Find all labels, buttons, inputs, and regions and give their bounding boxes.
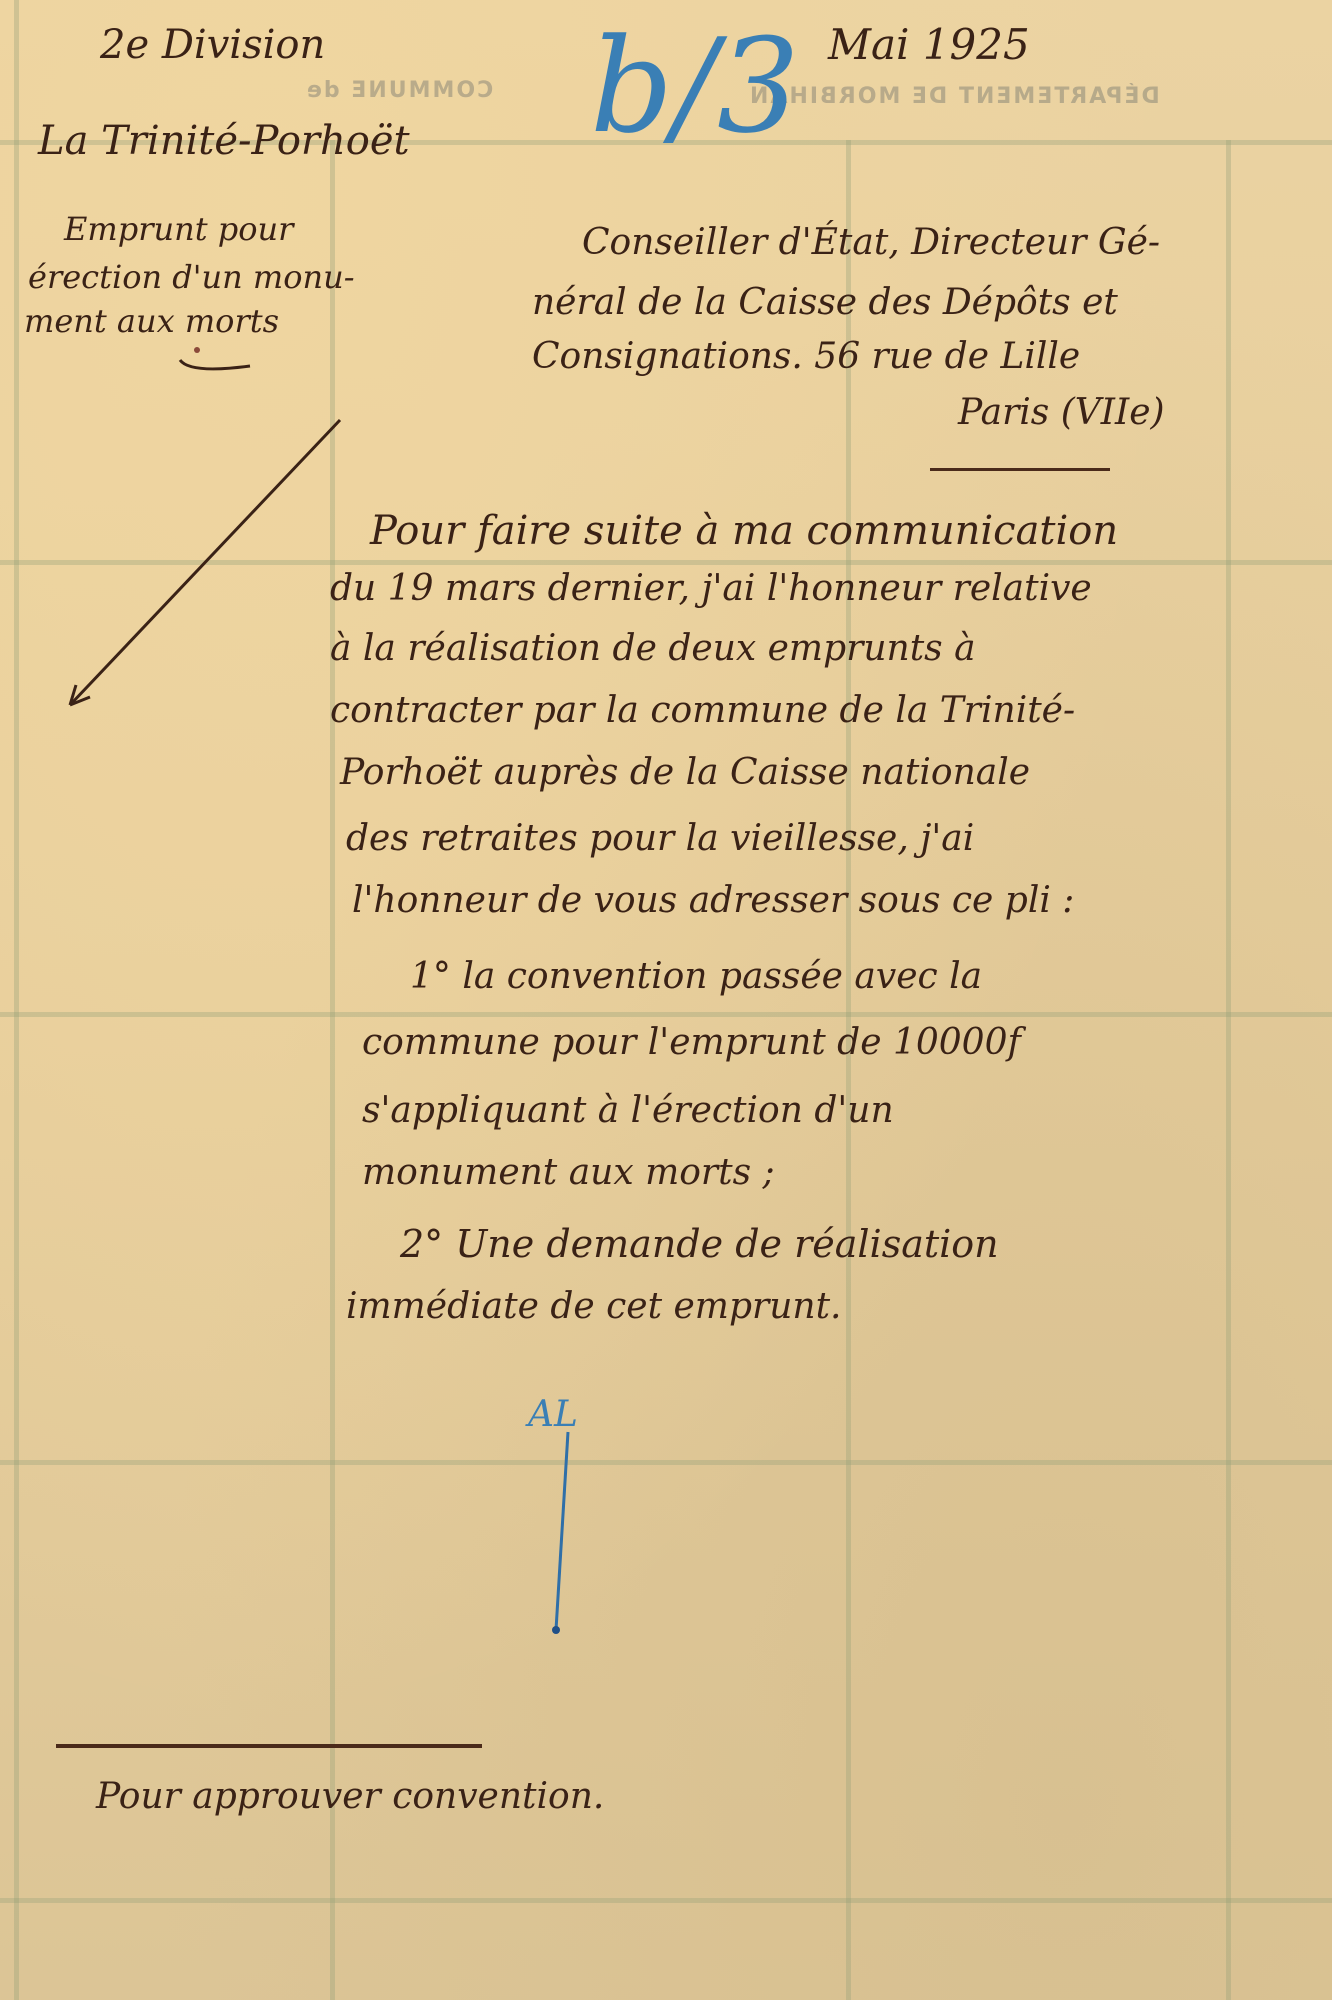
recipient-line: Paris (VIIe)	[958, 392, 1165, 433]
arrow-mark-icon	[60, 415, 350, 715]
body-line: des retraites pour la vieillesse, j'ai	[346, 818, 974, 859]
footer-separator	[56, 1744, 482, 1748]
body-line: Pour faire suite à ma communication	[370, 508, 1118, 554]
document-date: Mai 1925	[828, 20, 1030, 69]
body-line: 2° Une demande de réalisation	[400, 1222, 999, 1266]
fold-line	[0, 1012, 1332, 1017]
body-line: s'appliquant à l'érection d'un	[362, 1090, 894, 1131]
recipient-line: Conseiller d'État, Directeur Gé-	[582, 222, 1160, 263]
body-line: l'honneur de vous adresser sous ce pli :	[352, 880, 1074, 921]
body-line: 1° la convention passée avec la	[410, 956, 982, 997]
division-label: 2e Division	[100, 22, 325, 68]
commune-name: La Trinité-Porhoët	[38, 118, 410, 164]
blue-initials: AL	[528, 1394, 578, 1435]
subject-line: Emprunt pour	[64, 210, 293, 248]
fold-line	[1226, 140, 1231, 2000]
body-line: monument aux morts ;	[362, 1152, 775, 1193]
fold-line	[0, 1460, 1332, 1465]
subject-line: ment aux morts	[24, 302, 279, 340]
blue-file-annotation: b/3	[590, 10, 800, 162]
blue-initials-stroke	[548, 1430, 578, 1640]
subject-line: érection d'un monu-	[28, 258, 355, 296]
printed-department-label: DÉPARTEMENT DE MORBIHAN	[748, 84, 1160, 109]
body-line: Porhoët auprès de la Caisse nationale	[340, 752, 1030, 793]
fold-line	[14, 0, 19, 2000]
recipient-line: néral de la Caisse des Dépôts et	[532, 282, 1118, 323]
body-line: du 19 mars dernier, j'ai l'honneur relat…	[330, 568, 1092, 609]
footer-note: Pour approuver convention.	[96, 1776, 604, 1817]
body-line: à la réalisation de deux emprunts à	[330, 628, 976, 669]
recipient-line: Consignations. 56 rue de Lille	[532, 336, 1080, 377]
body-line: commune pour l'emprunt de 10000f	[362, 1022, 1021, 1063]
body-line: contracter par la commune de la Trinité-	[330, 690, 1075, 731]
body-line: immédiate de cet emprunt.	[346, 1286, 841, 1327]
subject-underline-mark	[170, 340, 270, 380]
fold-line	[846, 140, 851, 2000]
recipient-underline	[930, 468, 1110, 471]
printed-commune-label: COMMUNE de	[305, 78, 493, 103]
fold-line	[0, 1898, 1332, 1903]
document-page: COMMUNE de DÉPARTEMENT DE MORBIHAN 2e Di…	[0, 0, 1332, 2000]
